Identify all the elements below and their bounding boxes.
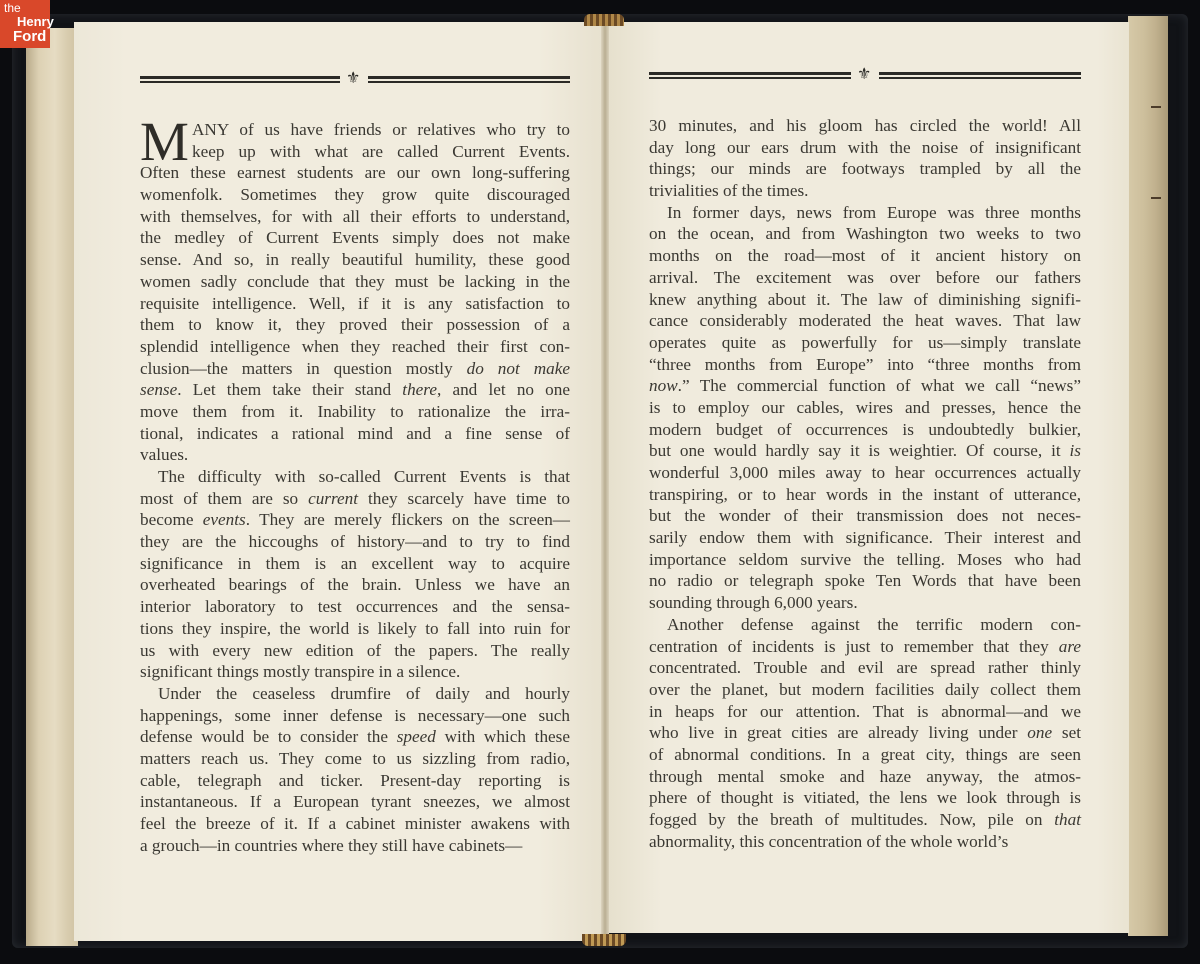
text-line: day long our ears drum with the noise of…: [649, 137, 1081, 159]
text-line: sense. And so, in really beautiful humil…: [140, 249, 570, 271]
header-ornament: ⚜: [140, 74, 570, 86]
text-line: on the ocean, and from Washington two we…: [649, 223, 1081, 245]
text-line: become events. They are merely flickers …: [140, 509, 570, 531]
text-line: in heaps for our attention. That is abno…: [649, 701, 1081, 723]
text-line: over the planet, but modern facilities d…: [649, 679, 1081, 701]
text-line: concentrated. Trouble and evil are sprea…: [649, 657, 1081, 679]
text-line: sarily endow them with significance. The…: [649, 527, 1081, 549]
ornament-rule-left: [140, 76, 340, 84]
text-line: us with every new edition of the papers.…: [140, 640, 570, 662]
text-line: cance considerably moderated the heat wa…: [649, 310, 1081, 332]
text-line: tions they inspire, the world is likely …: [140, 618, 570, 640]
text-line: happenings, some inner defense is necess…: [140, 705, 570, 727]
text-line: sense. Let them take their stand there, …: [140, 379, 570, 401]
ornament-rule-right: [879, 72, 1081, 80]
headband-bottom: [582, 934, 626, 946]
header-ornament: ⚜: [649, 70, 1081, 82]
text-line: clusion—the matters in question mostly d…: [140, 358, 570, 380]
text-line: them to know it, they proved their posse…: [140, 314, 570, 336]
text-line: with themselves, for with all their effo…: [140, 206, 570, 228]
logo-text-the: the: [4, 1, 21, 15]
text-line: trivialities of the times.: [649, 180, 1081, 202]
text-line: In former days, news from Europe was thr…: [649, 202, 1081, 224]
text-line: arrival. The excitement was over before …: [649, 267, 1081, 289]
text-line: a grouch—in countries where they still h…: [140, 835, 570, 857]
text-line: Under the ceaseless drumfire of daily an…: [140, 683, 570, 705]
text-line: operates quite as powerfully for us—simp…: [649, 332, 1081, 354]
text-line: significance in them is an excellent way…: [140, 553, 570, 575]
text-line: most of them are so current they scarcel…: [140, 488, 570, 510]
right-page-edges: [1128, 16, 1168, 936]
text-line: Another defense against the terrific mod…: [649, 614, 1081, 636]
text-line: matters reach us. They come to us sizzli…: [140, 748, 570, 770]
text-line: months on the road—most of it ancient hi…: [649, 245, 1081, 267]
henry-ford-watermark-logo: the Henry Ford: [0, 0, 50, 48]
book-gutter: [601, 20, 609, 945]
text-line: The difficulty with so-called Current Ev…: [140, 466, 570, 488]
text-line: Often these earnest students are our own…: [140, 162, 570, 184]
headband-top: [584, 14, 624, 26]
text-line: but the wonder of their transmission doe…: [649, 505, 1081, 527]
right-page-body: 30 minutes, and his gloom has circled th…: [649, 115, 1081, 852]
left-page-body: M ANY of us have friends or relatives wh…: [140, 119, 570, 856]
ornament-rule-left: [649, 72, 851, 80]
text-line: things; our minds are footways trampled …: [649, 158, 1081, 180]
text-line: but one would hardly say it is weightier…: [649, 440, 1081, 462]
text-line: who live in great cities are already liv…: [649, 722, 1081, 744]
text-line: phere of thought is vitiated, the lens w…: [649, 787, 1081, 809]
page-edge-mark: [1151, 197, 1161, 199]
text-line: splendid intelligence when they reached …: [140, 336, 570, 358]
fleur-de-lis-icon: ⚜: [346, 69, 360, 89]
text-line: fogged by the breath of multitudes. Now,…: [649, 809, 1081, 831]
page-edge-mark: [1151, 106, 1161, 108]
fleur-de-lis-icon: ⚜: [857, 65, 871, 85]
text-line: defense would be to consider the speed w…: [140, 726, 570, 748]
logo-text-ford: Ford: [13, 28, 46, 45]
text-line: no radio or telegraph spoke Ten Words th…: [649, 570, 1081, 592]
text-line: through mental smoke and haze anyway, th…: [649, 766, 1081, 788]
text-line: they are the hiccoughs of history—and to…: [140, 531, 570, 553]
text-line: importance seldom survive the telling. M…: [649, 549, 1081, 571]
text-line: “three months from Europe” into “three m…: [649, 354, 1081, 376]
left-page: ⚜ M ANY of us have friends or relatives …: [74, 22, 601, 941]
text-line: cable, telegraph and ticker. Present-day…: [140, 770, 570, 792]
ornament-rule-right: [368, 76, 570, 84]
left-page-edges: [26, 28, 78, 946]
text-line: modern budget of occurrences is undoubte…: [649, 419, 1081, 441]
text-line: tional, indicates a rational mind and a …: [140, 423, 570, 445]
text-line: knew anything about it. The law of dimin…: [649, 289, 1081, 311]
text-line: overheated bearings of the brain. Unless…: [140, 574, 570, 596]
text-line: is to employ our cables, wires and press…: [649, 397, 1081, 419]
text-line: feel the breeze of it. If a cabinet mini…: [140, 813, 570, 835]
text-line: transpiring, or to hear words in the ins…: [649, 484, 1081, 506]
text-line: wonderful 3,000 miles away to hear occur…: [649, 462, 1081, 484]
text-line: values.: [140, 444, 570, 466]
text-line: ANY of us have friends or relatives who …: [140, 119, 570, 141]
text-line: now.” The commercial function of what we…: [649, 375, 1081, 397]
text-line: move them from it. Inability to rational…: [140, 401, 570, 423]
logo-text-henry: Henry: [17, 14, 54, 29]
drop-cap: M: [140, 120, 189, 164]
text-line: the medley of Current Events simply does…: [140, 227, 570, 249]
text-line: abnormality, this concentration of the w…: [649, 831, 1081, 853]
text-line: sounding through 6,000 years.: [649, 592, 1081, 614]
text-line: 30 minutes, and his gloom has circled th…: [649, 115, 1081, 137]
text-line: requisite intelligence. Well, if it is a…: [140, 293, 570, 315]
text-line: of abnormal conditions. In a great city,…: [649, 744, 1081, 766]
text-line: significant things mostly transpire in a…: [140, 661, 570, 683]
text-line: womenfolk. Sometimes they grow quite dis…: [140, 184, 570, 206]
text-line: interior laboratory to test occurrences …: [140, 596, 570, 618]
text-line: centration of incidents is just to remem…: [649, 636, 1081, 658]
text-line: keep up with what are called Current Eve…: [140, 141, 570, 163]
right-page: ⚜ 30 minutes, and his gloom has circled …: [609, 22, 1129, 933]
text-line: women sadly conclude that they must be l…: [140, 271, 570, 293]
text-line: instantaneous. If a European tyrant snee…: [140, 791, 570, 813]
